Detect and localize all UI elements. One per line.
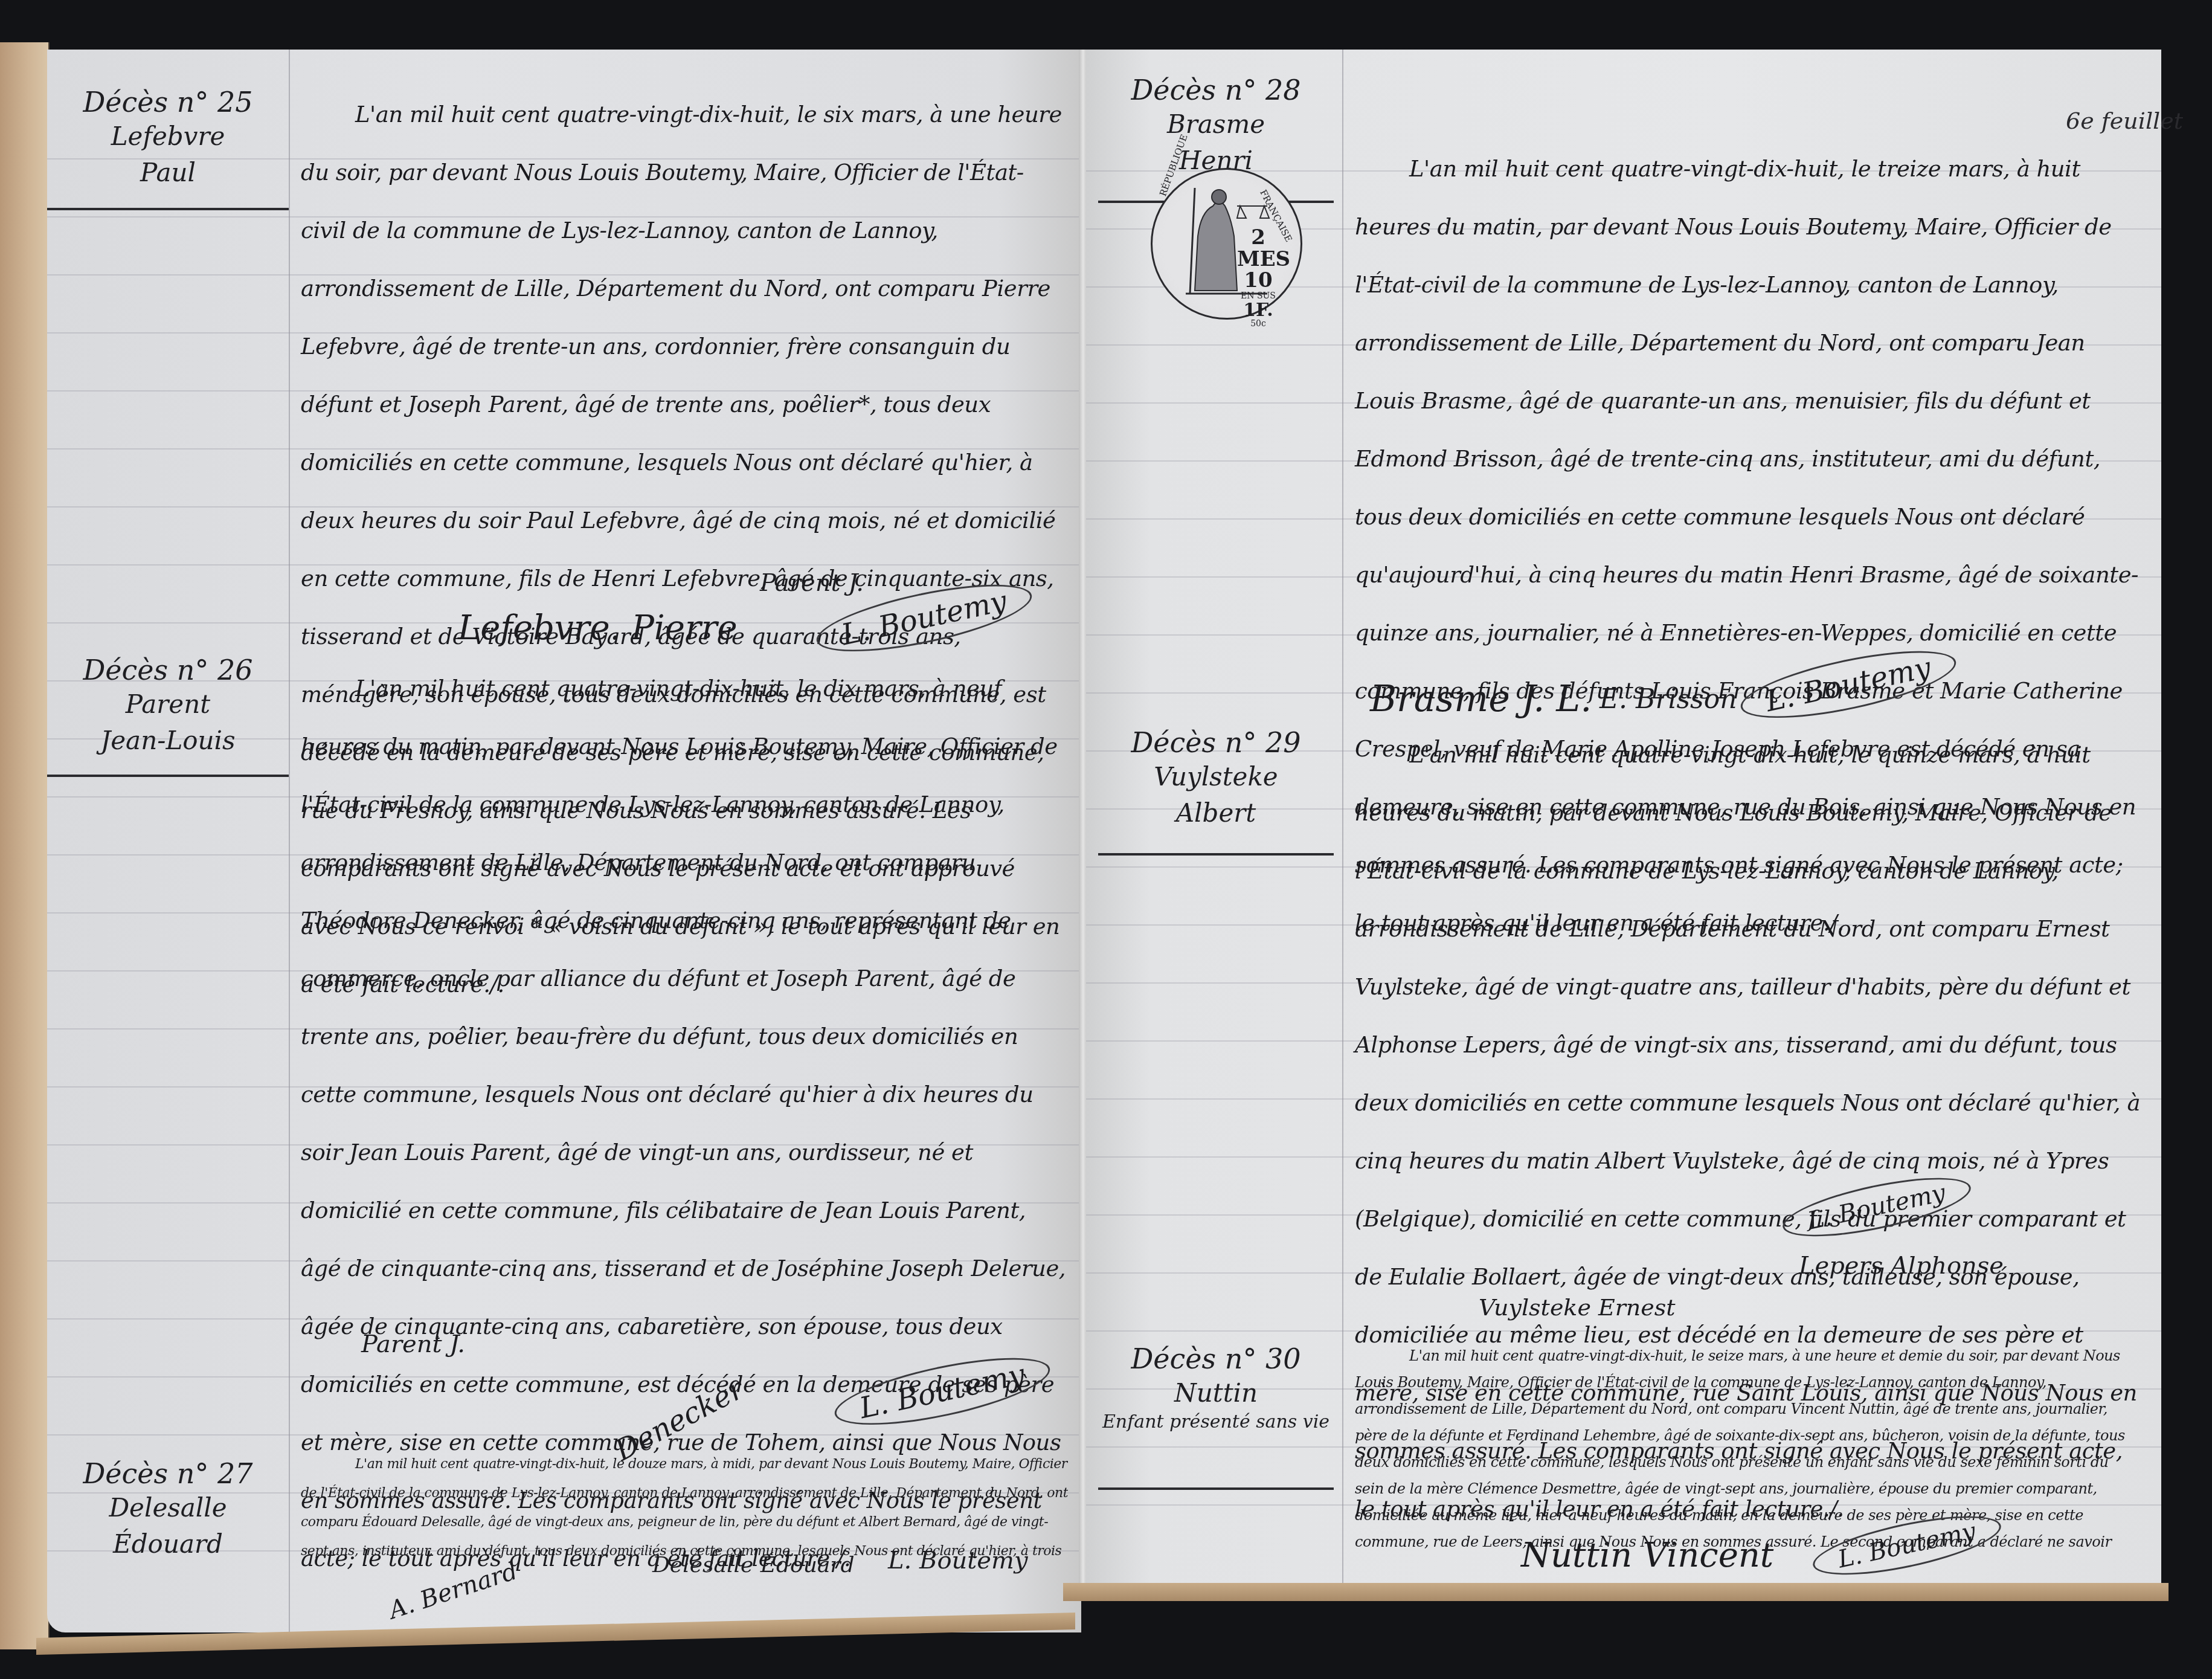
entry-separator: [47, 208, 289, 210]
margin-entry-27: Décès n° 27 Delesalle Édouard: [59, 1457, 277, 1562]
entry-number: Décès n° 27: [59, 1457, 277, 1490]
stamp-tax: 2 MES 10: [1237, 227, 1279, 292]
signature-brasme: Brasme J. L.: [1370, 678, 1592, 720]
entry-number: Décès n° 28: [1098, 74, 1334, 106]
signature-nuttin: Nuttin Vincent: [1521, 1536, 1773, 1575]
entry-number: Décès n° 26: [59, 654, 277, 686]
margin-entry-29: Décès n° 29 Vuylsteke Albert: [1098, 726, 1334, 831]
stamp-amount-centimes: 50c: [1237, 320, 1279, 329]
entry-number: Décès n° 29: [1098, 726, 1334, 759]
entry-surname: Brasme: [1098, 106, 1334, 143]
signature-vuylsteke: Vuylsteke Ernest: [1479, 1294, 1676, 1321]
fiscal-stamp: 2 MES 10 EN SUS 1F. 50c RÉPUBLIQUE FRANÇ…: [1151, 168, 1302, 320]
signature-parent: Parent J.: [361, 1330, 465, 1358]
signature-parent: Parent J.: [760, 569, 864, 597]
act-paragraph: L'an mil huit cent quatre-vingt-dix-huit…: [1355, 1342, 2140, 1560]
entry-note: Enfant présenté sans vie: [1092, 1411, 1340, 1432]
margin-entry-25: Décès n° 25 Lefebvre Paul: [59, 86, 277, 191]
entry-surname: Lefebvre: [59, 118, 277, 155]
signature-brisson: E. Brisson: [1600, 684, 1737, 715]
signature-mayor: L. Boutemy: [888, 1547, 1028, 1574]
margin-rule: [1342, 50, 1343, 1584]
entry-number: Décès n° 25: [59, 86, 277, 118]
entry-surname: Nuttin: [1092, 1375, 1340, 1411]
act-paragraph: L'an mil huit cent quatre-vingt-dix-huit…: [301, 660, 1068, 1588]
margin-entry-28: Décès n° 28 Brasme Henri: [1098, 74, 1334, 179]
entry-text-26: L'an mil huit cent quatre-vingt-dix-huit…: [301, 660, 1068, 1588]
entry-text-30: L'an mil huit cent quatre-vingt-dix-huit…: [1355, 1342, 2140, 1560]
signature-delesalle: Delesalle Édouard: [652, 1553, 855, 1577]
margin-entry-26: Décès n° 26 Parent Jean-Louis: [59, 654, 277, 759]
entry-separator: [47, 775, 289, 777]
folio-number: 6e feuillet: [2066, 108, 2183, 134]
signature-lepers: Lepers Alphonse: [1799, 1252, 2004, 1280]
entry-given-name: Albert: [1098, 795, 1334, 831]
entry-separator: [1098, 1487, 1334, 1490]
entry-surname: Vuylsteke: [1098, 759, 1334, 795]
entry-given-name: Jean-Louis: [59, 723, 277, 759]
entry-surname: Parent: [59, 686, 277, 723]
page-edge: [1063, 1583, 2169, 1601]
stamp-value: 2 MES 10 EN SUS 1F. 50c: [1237, 227, 1279, 329]
entry-separator: [1098, 853, 1334, 856]
stamp-amount-francs: 1F.: [1237, 301, 1279, 320]
margin-entry-30: Décès n° 30 Nuttin Enfant présenté sans …: [1092, 1342, 1340, 1432]
left-page: Décès n° 25 Lefebvre Paul L'an mil huit …: [47, 50, 1081, 1632]
signature-lefebvre: Lefebvre. Pierre: [458, 608, 738, 648]
entry-given-name: Édouard: [59, 1526, 277, 1562]
margin-rule: [289, 50, 290, 1632]
entry-number: Décès n° 30: [1092, 1342, 1340, 1375]
entry-given-name: Paul: [59, 155, 277, 191]
book-cover-edge: [0, 42, 50, 1649]
entry-surname: Delesalle: [59, 1490, 277, 1526]
